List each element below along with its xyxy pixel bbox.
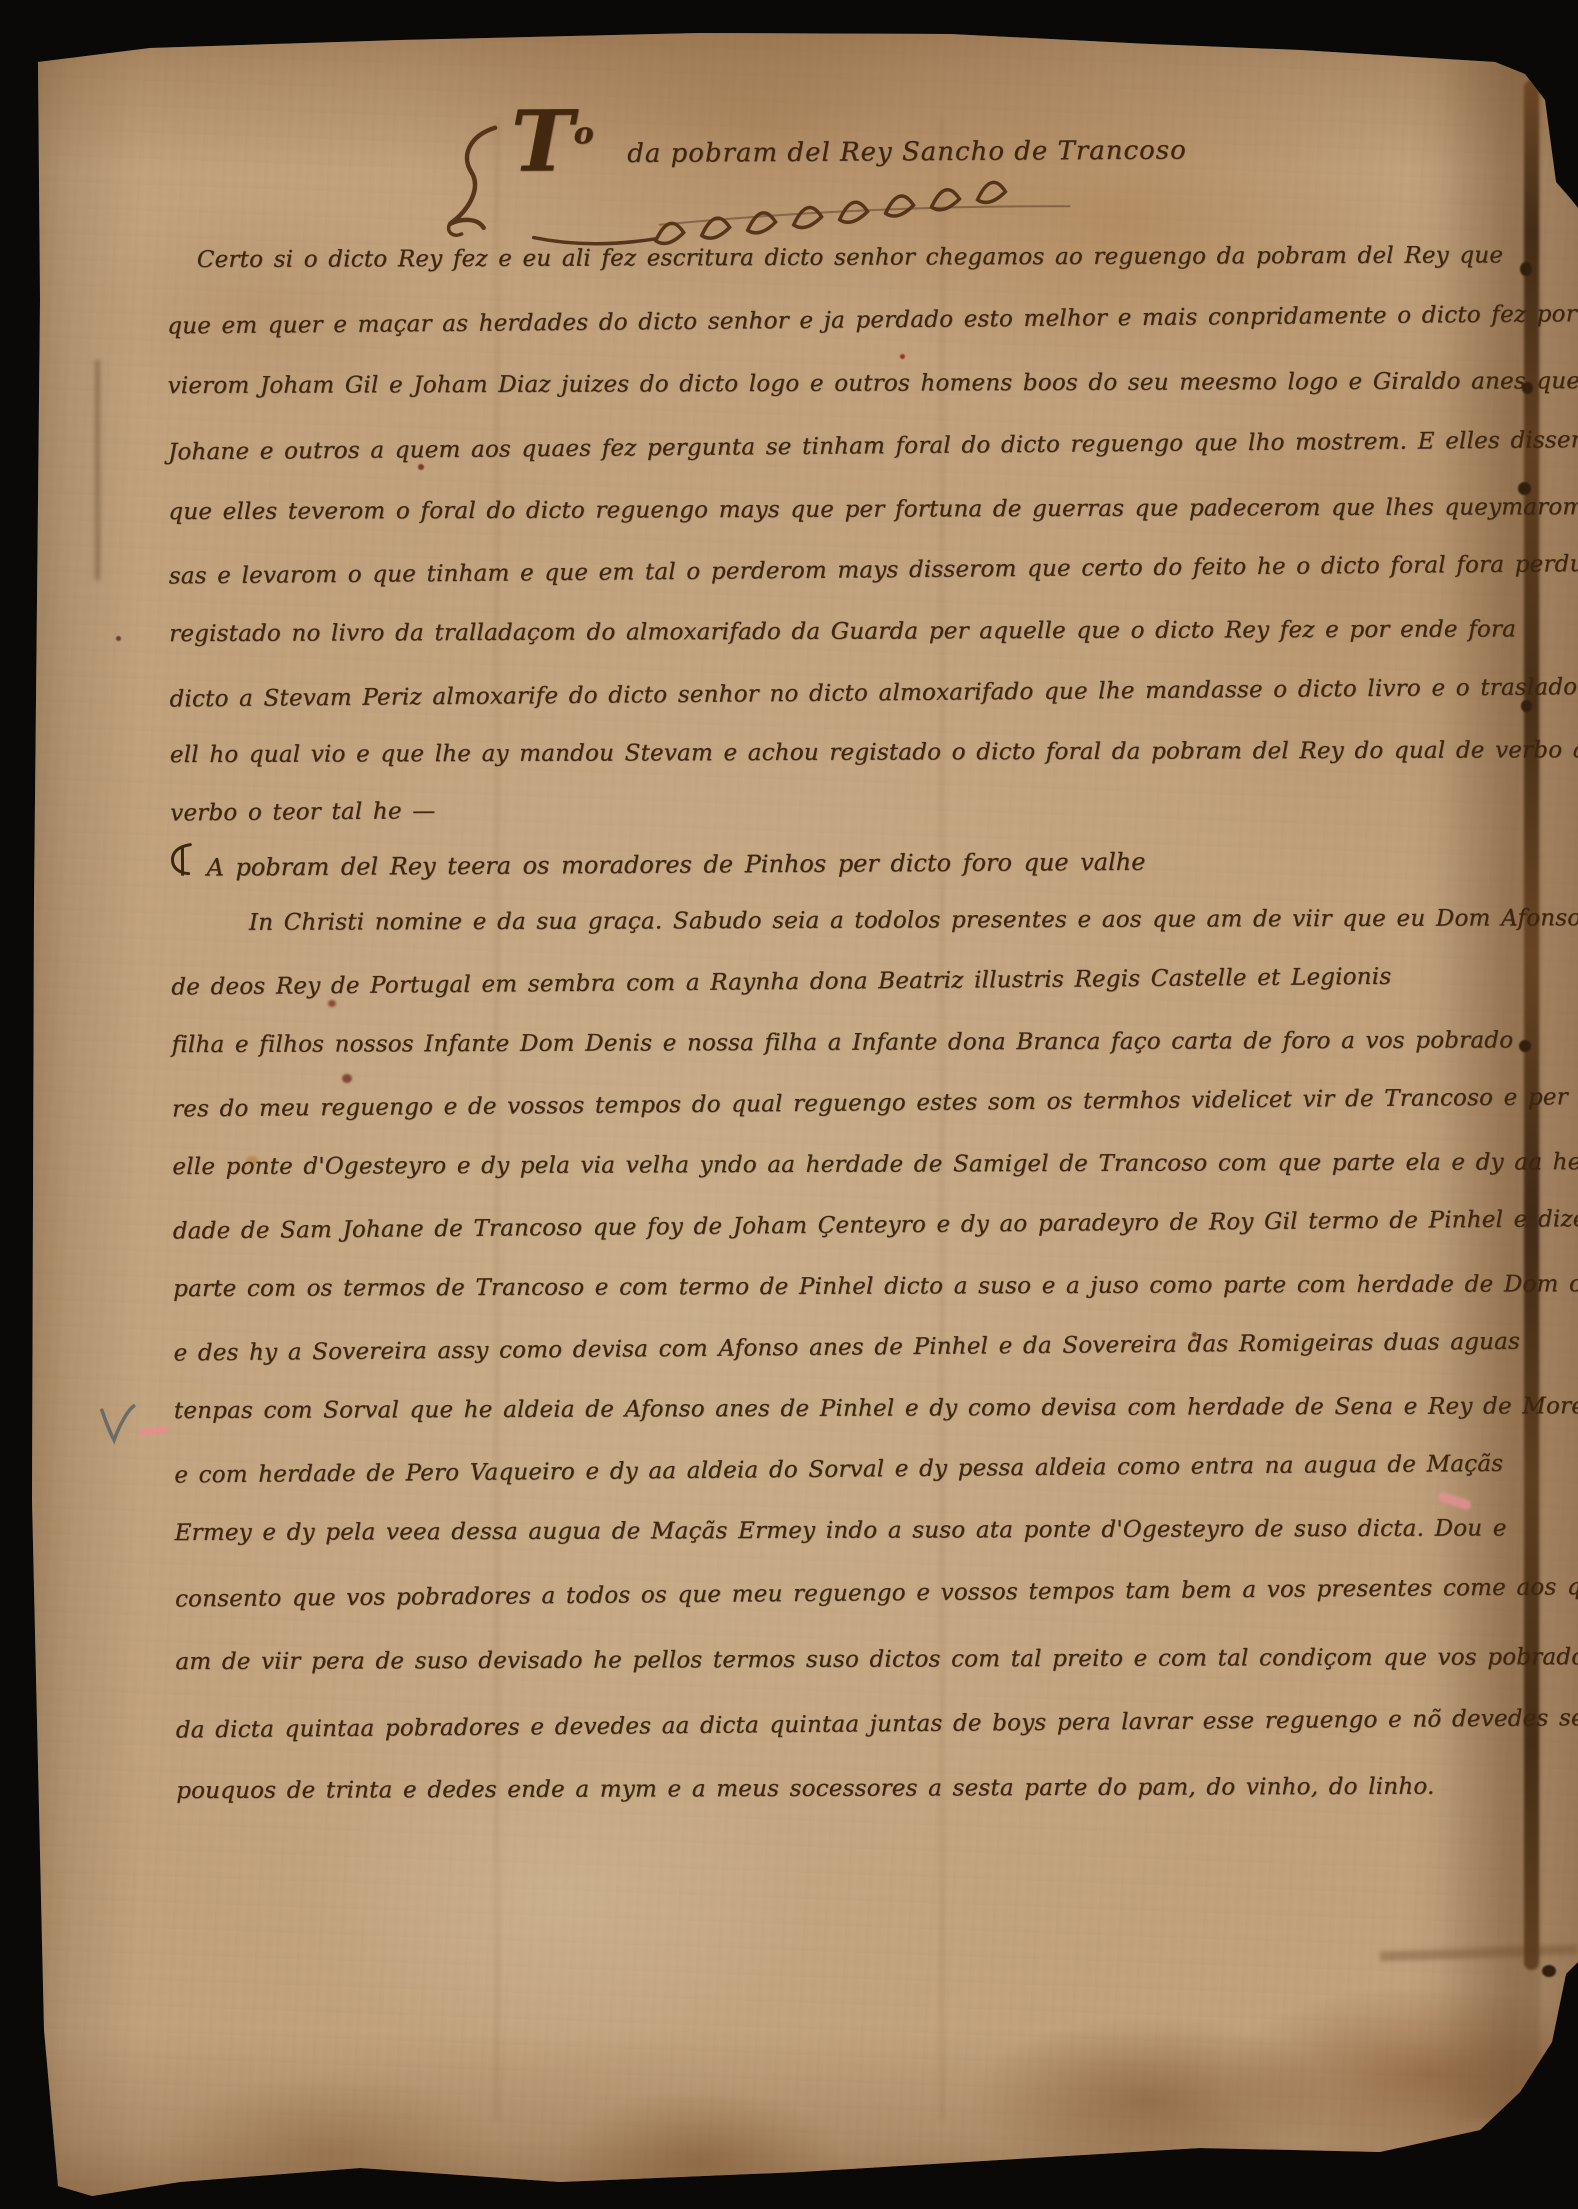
text-line: vierom Joham Gil e Joham Diaz juizes do … <box>167 350 1459 418</box>
text-line: Johane e outros a quem aos quaes fez per… <box>168 409 1461 483</box>
paragraph-1: Certo si o dicto Rey fez e eu ali fez es… <box>167 222 1463 839</box>
heading-title: da pobram del Rey Sancho de Trancoso <box>627 136 1187 169</box>
heading-initial-letter: To <box>511 99 594 184</box>
paragraph-2: In Christi nomine e da sua graça. Sabudo… <box>171 886 1469 1825</box>
capitulum-icon <box>170 842 192 876</box>
text-line: que em quer e maçar as herdades do dicto… <box>167 283 1460 357</box>
text-line: de deos Rey de Portugal em sembra com a … <box>171 945 1463 1017</box>
rubric-text: A pobram del Rey teera os moradores de P… <box>206 848 1145 882</box>
pink-dash-mark <box>140 1426 169 1436</box>
margin-annotation <box>98 1402 168 1462</box>
text-line: consento que vos pobradores a todos os q… <box>175 1555 1468 1632</box>
text-line: elle ponte d'Ogesteyro e dy pela via vel… <box>172 1132 1464 1198</box>
initial-superscript: o <box>573 116 593 151</box>
text-line: da dicta quintaa pobradores e devedes aa… <box>176 1687 1469 1762</box>
text-line: que elles teverom o foral do dicto regue… <box>168 476 1460 544</box>
text-line-short: verbo o teor tal he — <box>170 775 1462 840</box>
text-line: parte com os termos de Trancoso e com te… <box>173 1254 1465 1320</box>
text-line: sas e levarom o que tinham e que em tal … <box>169 535 1461 606</box>
manuscript-photo: To da pobram del Rey Sancho de Trancoso … <box>0 0 1578 2209</box>
text-line: res do meu reguengo e de vossos tempos d… <box>172 1067 1464 1139</box>
text-line: filha e filhos nossos Infante Dom Denis … <box>172 1010 1464 1076</box>
text-line: e com herdade de Pero Vaqueiro e dy aa a… <box>174 1433 1466 1505</box>
parchment-page: To da pobram del Rey Sancho de Trancoso … <box>0 0 1578 2209</box>
ink-layer: To da pobram del Rey Sancho de Trancoso … <box>0 0 1578 2209</box>
text-line: pouquos de trinta e dedes ende a mym e a… <box>176 1755 1468 1824</box>
text-line: registado no livro da tralladaçom do alm… <box>169 599 1461 666</box>
rubric-line: A pobram del Rey teera os moradores de P… <box>170 836 1145 882</box>
text-line: e des hy a Sovereira assy como devisa co… <box>173 1311 1465 1383</box>
text-line: dicto a Stevam Periz almoxarife do dicto… <box>169 657 1461 730</box>
text-line: ell ho qual vio e que lhe ay mandou Stev… <box>170 723 1462 784</box>
check-mark-icon <box>98 1402 138 1450</box>
text-line: tenpas com Sorval que he aldeia de Afons… <box>174 1376 1466 1442</box>
text-line: In Christi nomine e da sua graça. Sabudo… <box>171 888 1463 954</box>
text-line: Certo si o dicto Rey fez e eu ali fez es… <box>167 224 1459 292</box>
text-line: dade de Sam Johane de Trancoso que foy d… <box>172 1189 1464 1261</box>
text-line: am de viir pera de suso devisado he pell… <box>175 1625 1467 1696</box>
text-line: Ermey e dy pela veea dessa augua de Maçã… <box>174 1498 1466 1564</box>
